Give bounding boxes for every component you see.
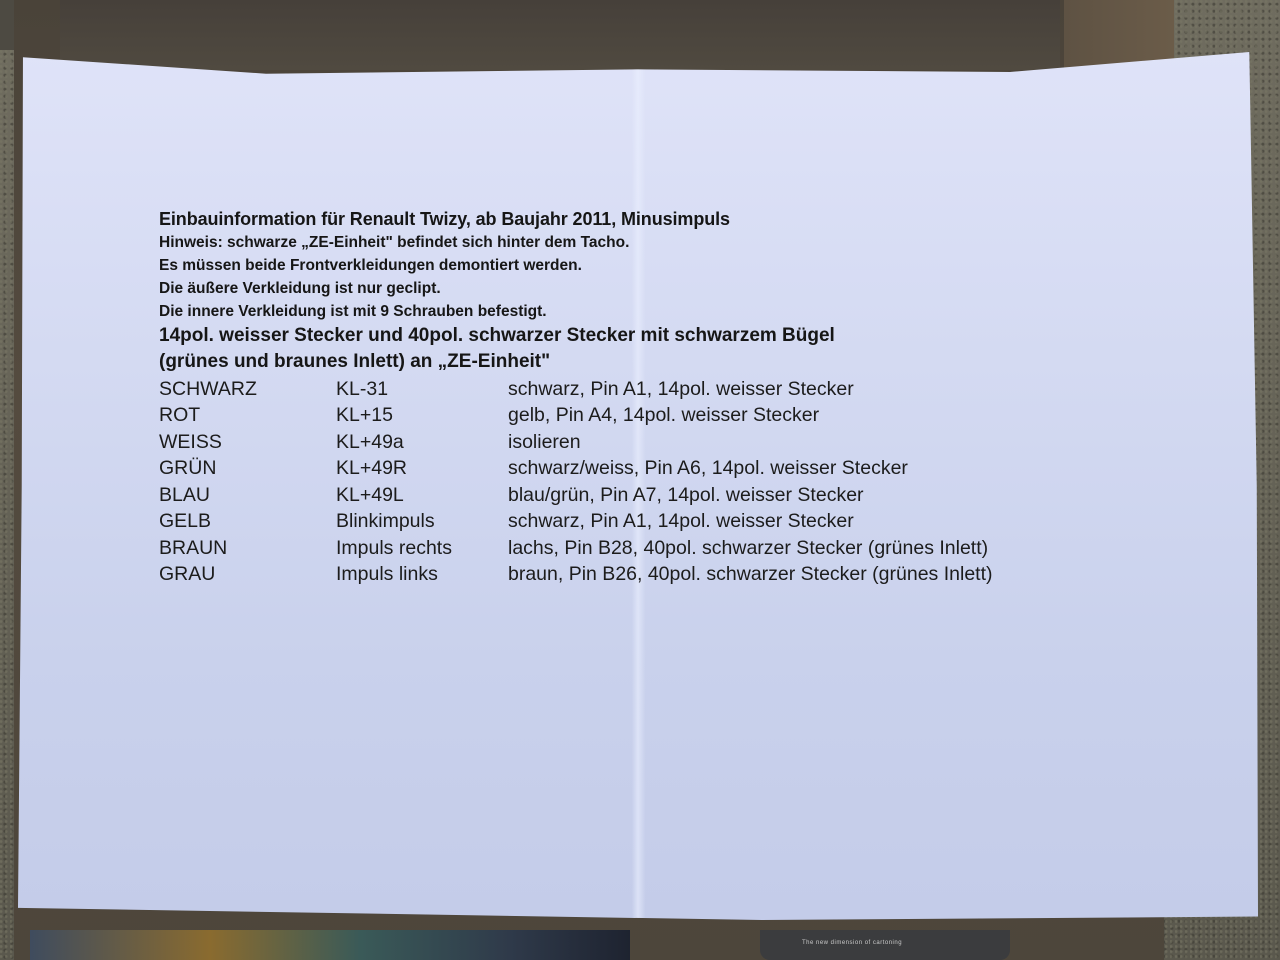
document-title: Einbauinformation für Renault Twizy, ab … bbox=[159, 208, 993, 231]
wiring-row: SCHWARZ KL-31 schwarz, Pin A1, 14pol. we… bbox=[159, 376, 993, 403]
wiring-row: GELB Blinkimpuls schwarz, Pin A1, 14pol.… bbox=[159, 509, 993, 536]
wiring-row: ROT KL+15 gelb, Pin A4, 14pol. weisser S… bbox=[159, 403, 993, 430]
wire-terminal: KL-31 bbox=[336, 378, 508, 401]
wire-terminal: Blinkimpuls bbox=[336, 510, 508, 533]
connector-info-line: (grünes und braunes Inlett) an „ZE-Einhe… bbox=[159, 349, 993, 375]
wiring-row: WEISS KL+49a isolieren bbox=[159, 429, 993, 456]
connector-info-line: 14pol. weisser Stecker und 40pol. schwar… bbox=[159, 323, 993, 349]
wire-terminal: KL+49L bbox=[336, 484, 508, 507]
wire-harness bbox=[30, 930, 630, 960]
wire-terminal: KL+49a bbox=[336, 431, 508, 454]
note-line: Die innere Verkleidung ist mit 9 Schraub… bbox=[159, 300, 993, 323]
wire-connection: schwarz, Pin A1, 14pol. weisser Stecker bbox=[508, 378, 854, 401]
wire-connection: isolieren bbox=[508, 431, 581, 454]
note-line: Hinweis: schwarze „ZE-Einheit" befindet … bbox=[159, 231, 993, 254]
note-line: Es müssen beide Frontverkleidungen demon… bbox=[159, 254, 993, 277]
wire-color: GRAU bbox=[159, 563, 336, 586]
wiring-table: SCHWARZ KL-31 schwarz, Pin A1, 14pol. we… bbox=[159, 376, 993, 588]
instruction-document: Einbauinformation für Renault Twizy, ab … bbox=[159, 208, 993, 588]
wire-connection: braun, Pin B26, 40pol. schwarzer Stecker… bbox=[508, 563, 993, 586]
wire-color: BLAU bbox=[159, 484, 336, 507]
wire-color: WEISS bbox=[159, 431, 336, 454]
wire-connection: schwarz, Pin A1, 14pol. weisser Stecker bbox=[508, 510, 854, 533]
wire-color: BRAUN bbox=[159, 537, 336, 560]
box-inner-wall bbox=[60, 0, 1060, 70]
wiring-row: GRÜN KL+49R schwarz/weiss, Pin A6, 14pol… bbox=[159, 456, 993, 483]
wiring-row: BLAU KL+49L blau/grün, Pin A7, 14pol. we… bbox=[159, 482, 993, 509]
wiring-row: BRAUN Impuls rechts lachs, Pin B28, 40po… bbox=[159, 535, 993, 562]
wire-color: SCHWARZ bbox=[159, 378, 336, 401]
wire-connection: blau/grün, Pin A7, 14pol. weisser Stecke… bbox=[508, 484, 864, 507]
wire-terminal: KL+49R bbox=[336, 457, 508, 480]
wire-color: GRÜN bbox=[159, 457, 336, 480]
wire-color: ROT bbox=[159, 404, 336, 427]
wire-terminal: KL+15 bbox=[336, 404, 508, 427]
box-flap bbox=[1064, 0, 1174, 70]
wire-connection: gelb, Pin A4, 14pol. weisser Stecker bbox=[508, 404, 819, 427]
wire-terminal: Impuls rechts bbox=[336, 537, 508, 560]
wire-color: GELB bbox=[159, 510, 336, 533]
wire-terminal: Impuls links bbox=[336, 563, 508, 586]
box-label-card: The new dimension of cartoning bbox=[760, 930, 1010, 960]
wire-connection: schwarz/weiss, Pin A6, 14pol. weisser St… bbox=[508, 457, 908, 480]
note-line: Die äußere Verkleidung ist nur geclipt. bbox=[159, 277, 993, 300]
wire-connection: lachs, Pin B28, 40pol. schwarzer Stecker… bbox=[508, 537, 988, 560]
wiring-row: GRAU Impuls links braun, Pin B26, 40pol.… bbox=[159, 562, 993, 589]
box-label-text: The new dimension of cartoning bbox=[802, 940, 902, 946]
